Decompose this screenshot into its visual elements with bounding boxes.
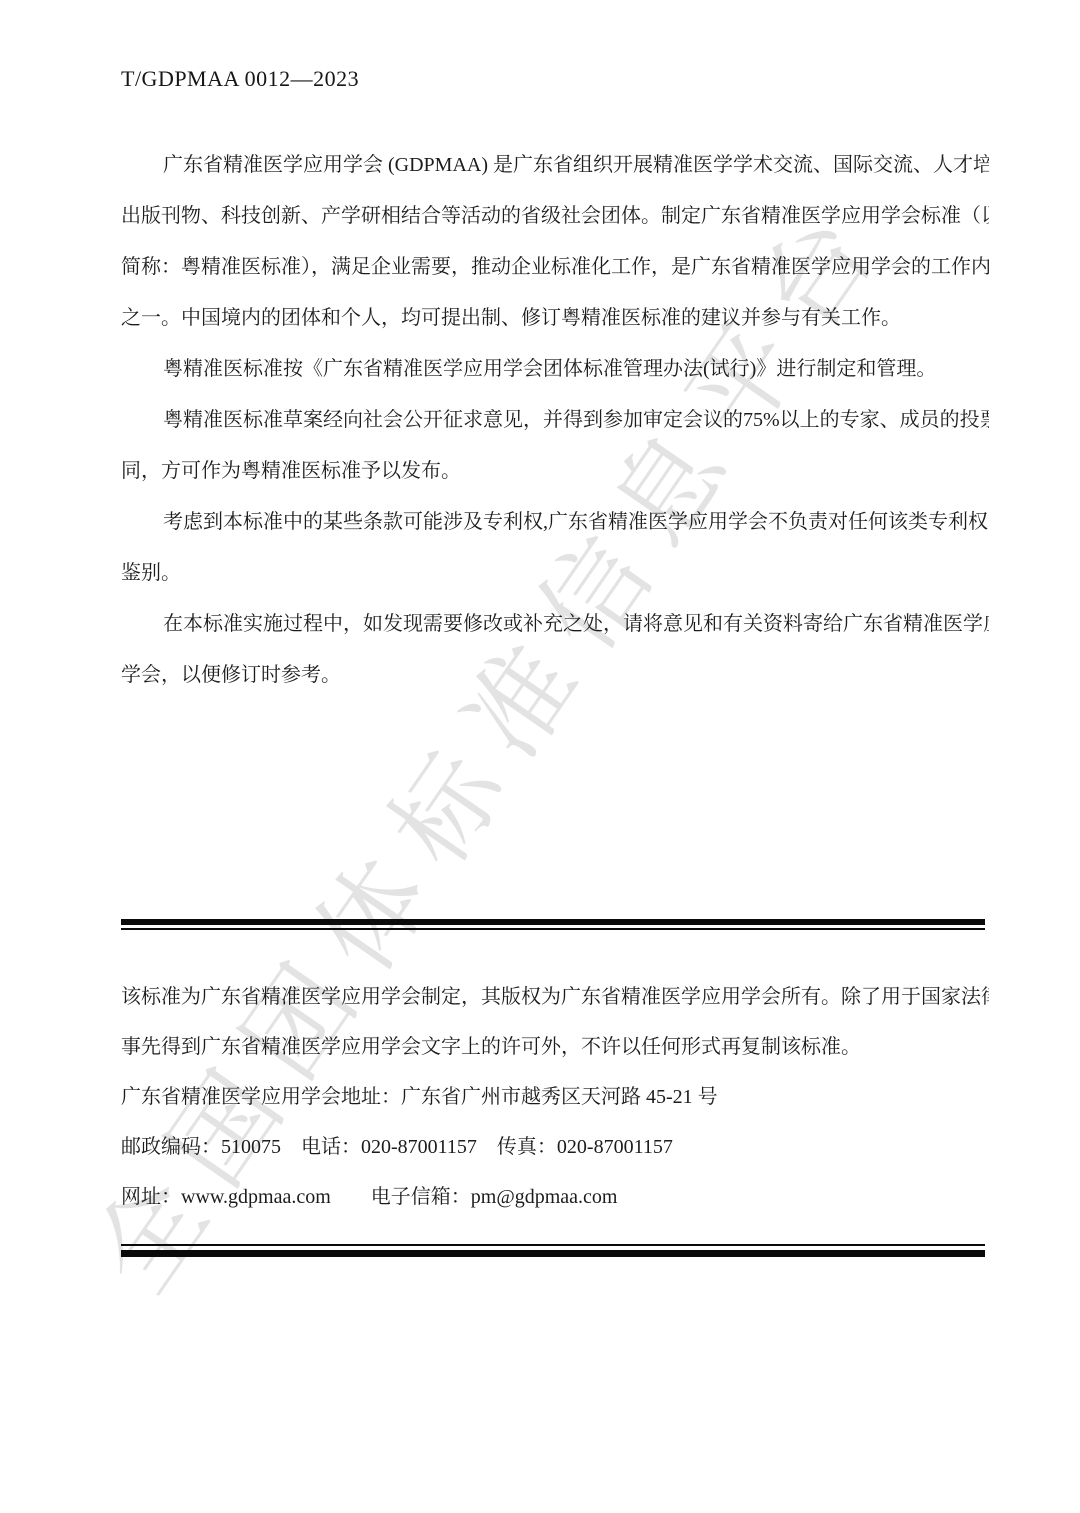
foreword-line: 简称：粤精准医标准），满足企业需要，推动企业标准化工作，是广东省精准医学应用学会… bbox=[121, 242, 989, 293]
foreword-line: 在本标准实施过程中，如发现需要修改或补充之处，请将意见和有关资料寄给广东省精准医… bbox=[121, 599, 989, 650]
footer-section: 该标准为广东省精准医学应用学会制定，其版权为广东省精准医学应用学会所有。除了用于… bbox=[121, 972, 989, 1222]
separator-top bbox=[121, 919, 985, 930]
foreword-line: 考虑到本标准中的某些条款可能涉及专利权,广东省精准医学应用学会不负责对任何该类专… bbox=[121, 497, 989, 548]
foreword-line: 学会，以便修订时参考。 bbox=[121, 650, 989, 701]
separator-top-thin-rule bbox=[121, 928, 985, 930]
copyright-line: 该标准为广东省精准医学应用学会制定，其版权为广东省精准医学应用学会所有。除了用于… bbox=[121, 972, 989, 1022]
postal-phone-line: 邮政编码：510075 电话：020-87001157 传真：020-87001… bbox=[121, 1122, 989, 1172]
foreword-line: 出版刊物、科技创新、产学研相结合等活动的省级社会团体。制定广东省精准医学应用学会… bbox=[121, 191, 989, 242]
document-page: 全国团体标准信息平台 T/GDPMAA 0012—2023 广东省精准医学应用学… bbox=[0, 0, 1080, 1513]
foreword-section: 广东省精准医学应用学会 (GDPMAA) 是广东省组织开展精准医学学术交流、国际… bbox=[121, 140, 989, 701]
address-line: 广东省精准医学应用学会地址：广东省广州市越秀区天河路 45-21 号 bbox=[121, 1072, 989, 1122]
foreword-line: 广东省精准医学应用学会 (GDPMAA) 是广东省组织开展精准医学学术交流、国际… bbox=[121, 140, 989, 191]
foreword-line: 鉴别。 bbox=[121, 548, 989, 599]
foreword-line: 粤精准医标准草案经向社会公开征求意见，并得到参加审定会议的75%以上的专家、成员… bbox=[121, 395, 989, 446]
separator-bottom bbox=[121, 1244, 985, 1257]
separator-top-thick-rule bbox=[121, 919, 985, 925]
separator-bottom-thin-rule bbox=[121, 1244, 985, 1246]
separator-bottom-thick-rule bbox=[121, 1250, 985, 1257]
foreword-line: 粤精准医标准按《广东省精准医学应用学会团体标准管理办法(试行)》进行制定和管理。 bbox=[121, 344, 989, 395]
foreword-line: 同，方可作为粤精准医标准予以发布。 bbox=[121, 446, 989, 497]
standard-number: T/GDPMAA 0012—2023 bbox=[121, 66, 359, 92]
foreword-line: 之一。中国境内的团体和个人，均可提出制、修订粤精准医标准的建议并参与有关工作。 bbox=[121, 293, 989, 344]
web-email-line: 网址：www.gdpmaa.com 电子信箱：pm@gdpmaa.com bbox=[121, 1172, 989, 1222]
copyright-line: 事先得到广东省精准医学应用学会文字上的许可外，不许以任何形式再复制该标准。 bbox=[121, 1022, 989, 1072]
